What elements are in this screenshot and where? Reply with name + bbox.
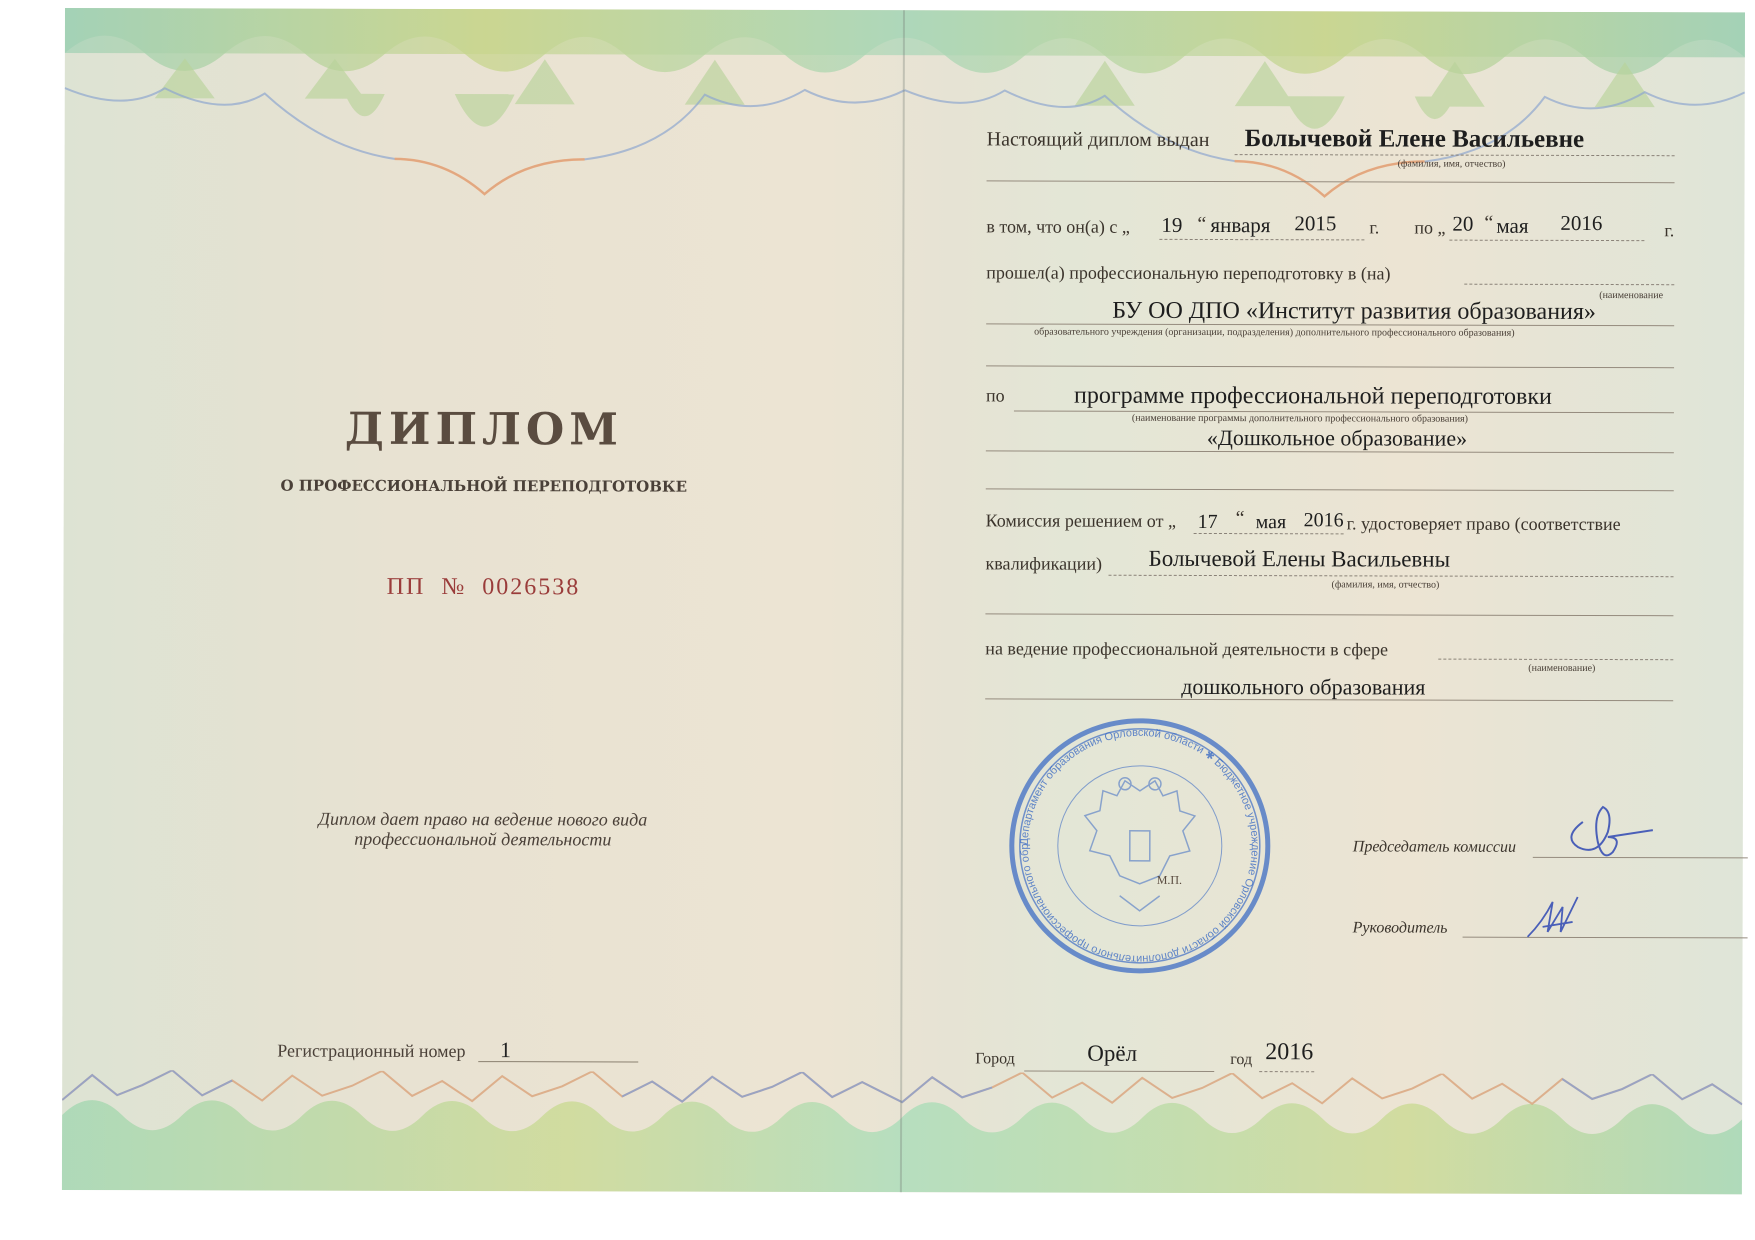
fio-hint: (фамилия, имя, отчество) (1398, 158, 1506, 169)
rights-line-1: Диплом дает право на ведение нового вида (63, 808, 903, 830)
head-signature-line (1463, 937, 1748, 939)
issued-label: Настоящий диплом выдан (987, 128, 1210, 152)
blank-line (985, 613, 1673, 616)
start-year-suffix: г. (1369, 217, 1379, 238)
double-headed-eagle-icon (1085, 778, 1195, 911)
program-hint: (наименование программы дополнительного … (1132, 413, 1468, 425)
start-year: 2015 (1294, 211, 1336, 236)
commission-quote: “ (1236, 507, 1245, 530)
diploma-subtitle: О ПРОФЕССИОНАЛЬНОЙ ПЕРЕПОДГОТОВКЕ (64, 476, 904, 496)
serial-prefix: ПП (387, 574, 426, 600)
sphere-label: на ведение профессиональной деятельности… (985, 638, 1388, 660)
registration-number-row: Регистрационный номер 1 (277, 1041, 638, 1063)
chairman-label: Председатель комиссии (1353, 838, 1516, 856)
commission-month: мая (1256, 511, 1287, 534)
rights-statement: Диплом дает право на ведение нового вида… (63, 808, 903, 850)
institution-name: БУ ОО ДПО «Институт развития образования… (1112, 298, 1596, 326)
training-label: прошел(а) профессиональную переподготовк… (986, 262, 1390, 284)
stamp-mark: М.П. (1157, 873, 1182, 887)
end-year-suffix: г. (1664, 220, 1674, 241)
recipient-name-genitive: Болычевой Елены Васильевны (1149, 546, 1451, 573)
program-line-2: «Дошкольное образование» (1207, 425, 1467, 452)
end-day: 20 (1452, 212, 1473, 237)
commission-prefix: Комиссия решением от „ (986, 510, 1176, 531)
diploma-document: ДИПЛОМ О ПРОФЕССИОНАЛЬНОЙ ПЕРЕПОДГОТОВКЕ… (62, 8, 1745, 1194)
commission-date-underline (1194, 533, 1344, 534)
fio-hint-2: (фамилия, имя, отчество) (1331, 579, 1439, 590)
registration-value: 1 (500, 1037, 511, 1063)
rights-line-2: профессиональной деятельности (63, 828, 903, 850)
period-prefix: в том, что он(а) с „ (986, 216, 1130, 237)
serial-symbol: № (441, 574, 466, 600)
program-line-1: программе профессиональной переподготовк… (1074, 383, 1552, 411)
city-label: Город (975, 1050, 1015, 1068)
program-prefix: по (986, 385, 1005, 406)
serial-value: 0026538 (482, 574, 580, 600)
start-month: января (1210, 213, 1270, 238)
start-day: 19 (1161, 213, 1182, 238)
blank-line (986, 488, 1674, 491)
commission-year: 2016 (1304, 509, 1344, 532)
recipient-underline (1235, 154, 1675, 156)
diploma-title: ДИПЛОМ (64, 403, 904, 456)
blank-line (986, 365, 1674, 368)
year-underline (1259, 1071, 1314, 1072)
commission-day: 17 (1198, 511, 1218, 534)
city-value: Орёл (1087, 1041, 1137, 1067)
year-label: год (1230, 1051, 1252, 1069)
commission-suffix: г. удостоверяет право (соответствие (1347, 513, 1621, 535)
head-label: Руководитель (1353, 919, 1448, 937)
serial-number: ПП № 0026538 (63, 573, 903, 602)
end-date-underline (1449, 240, 1644, 242)
qualification-label: квалификации) (986, 553, 1102, 574)
institution-hint-1: (наименование (1599, 290, 1663, 301)
registration-label: Регистрационный номер (277, 1041, 465, 1061)
city-underline (1024, 1071, 1214, 1072)
qualification-underline (1109, 575, 1674, 577)
chairman-signature (1553, 792, 1663, 867)
start-date-underline (1159, 239, 1364, 241)
blank-line (987, 180, 1675, 183)
end-month: мая (1496, 214, 1528, 239)
end-year: 2016 (1560, 211, 1602, 236)
sphere-underline (1438, 659, 1673, 661)
sphere-hint: (наименование) (1528, 663, 1595, 674)
period-to: по „ (1414, 218, 1445, 239)
year-value: 2016 (1265, 1039, 1313, 1066)
start-quote: “ (1197, 213, 1206, 236)
recipient-name-dative: Болычевой Елене Васильевне (1245, 125, 1585, 154)
institution-hint-2: образовательного учреждения (организации… (1034, 327, 1514, 339)
registration-field: 1 (478, 1043, 638, 1062)
training-underline (1464, 284, 1674, 286)
sphere-value: дошкольного образования (1181, 674, 1425, 701)
end-quote: “ (1484, 212, 1493, 235)
left-page: ДИПЛОМ О ПРОФЕССИОНАЛЬНОЙ ПЕРЕПОДГОТОВКЕ… (62, 8, 905, 1192)
official-stamp: Департамент образования Орловской област… (1004, 715, 1275, 976)
head-signature (1523, 892, 1593, 942)
